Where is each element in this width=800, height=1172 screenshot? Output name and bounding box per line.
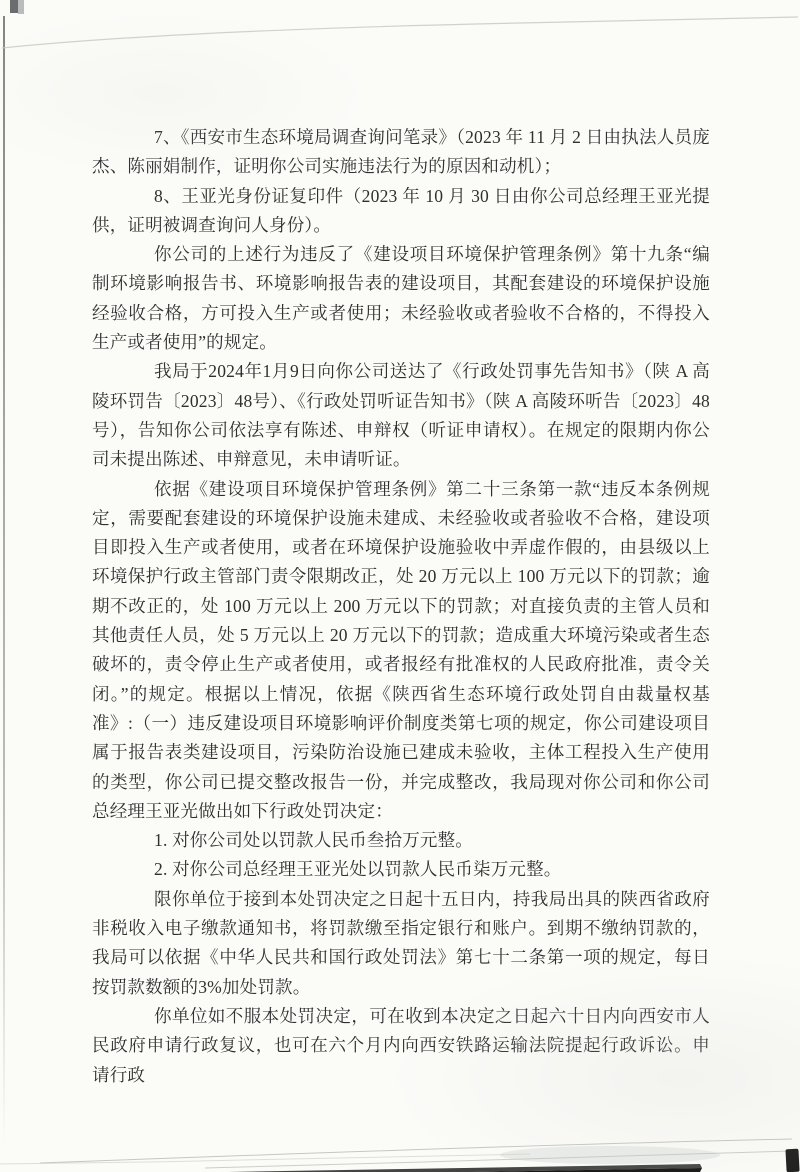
- paragraph: 你单位如不服本处罚决定，可在收到本决定之日起六十日内向西安市人民政府申请行政复议…: [92, 1002, 710, 1090]
- scanned-document-page: 7、《西安市生态环境局调查询问笔录》（2023 年 11 月 2 日由执法人员庞…: [0, 0, 800, 1172]
- scan-top-edge-line: [0, 0, 800, 60]
- scan-bottom-edge-artifacts: [0, 1122, 800, 1172]
- paragraph: 限你单位于接到本处罚决定之日起十五日内，持我局出具的陕西省政府非税收入电子缴款通…: [92, 885, 710, 1002]
- scan-left-edge-line: [3, 16, 5, 1146]
- paragraph: 依据《建设项目环境保护管理条例》第二十三条第一款“违反本条例规定，需要配套建设的…: [92, 475, 710, 827]
- paragraph: 2. 对你公司总经理王亚光处以罚款人民币柒万元整。: [92, 855, 710, 884]
- paragraph: 7、《西安市生态环境局调查询问笔录》（2023 年 11 月 2 日由执法人员庞…: [92, 123, 710, 182]
- paragraph: 你公司的上述行为违反了《建设项目环境保护管理条例》第十九条“编制环境影响报告书、…: [92, 240, 710, 357]
- document-body: 7、《西安市生态环境局调查询问笔录》（2023 年 11 月 2 日由执法人员庞…: [92, 123, 710, 1090]
- paragraph: 1. 对你公司处以罚款人民币叁拾万元整。: [92, 826, 710, 855]
- paragraph: 8、王亚光身份证复印件（2023 年 10 月 30 日由你公司总经理王亚光提供…: [92, 182, 710, 241]
- paragraph: 我局于2024年1月9日向你公司送达了《行政处罚事先告知书》（陕 A 高陵环罚告…: [92, 357, 710, 474]
